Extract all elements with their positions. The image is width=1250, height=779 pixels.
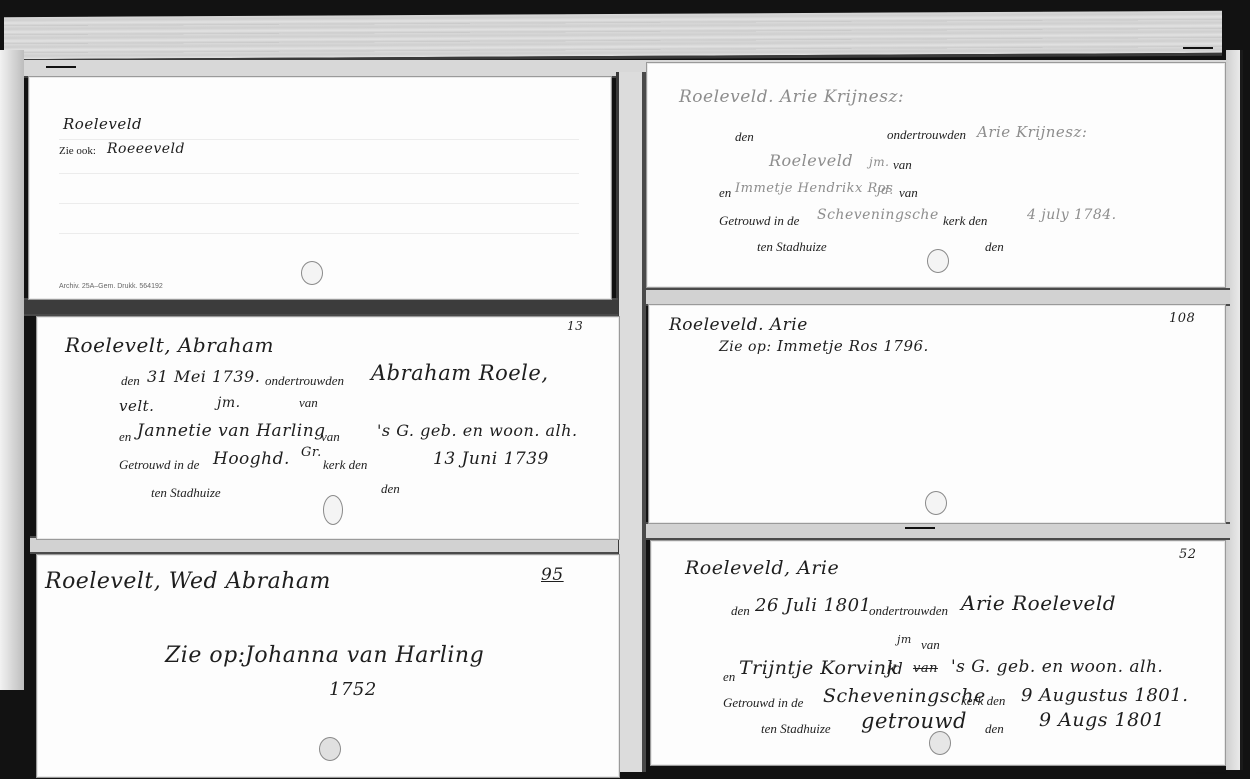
label-getrouwd: Getrouwd in de	[119, 457, 199, 473]
label-van: van	[299, 395, 318, 411]
groom-status: jm.	[217, 395, 241, 411]
see-also-value: Immetje Ros 1796.	[777, 337, 929, 355]
bride-status: jd	[887, 659, 903, 678]
label-stadhuis: ten Stadhuize	[151, 485, 221, 501]
church-name: Scheveningsche	[817, 207, 939, 223]
center-divider-post	[616, 72, 646, 772]
card-divider	[24, 298, 618, 316]
bride-name: Trijntje Korvink	[739, 657, 899, 679]
label-den: den	[731, 603, 750, 619]
married-date: 9 Augustus 1801.	[1021, 685, 1188, 706]
punch-hole	[927, 249, 949, 273]
label-den: den	[985, 721, 1004, 737]
church-name: Hooghd.	[213, 449, 290, 469]
rail-mark	[1196, 772, 1226, 774]
label-van: van	[893, 157, 912, 173]
label-van: van	[321, 429, 340, 445]
card-heading: Roeleveld	[63, 115, 142, 133]
card-heading: Roelevelt, Abraham	[65, 333, 274, 357]
label-den: den	[121, 373, 140, 389]
label-getrouwd: Getrouwd in de	[719, 213, 799, 229]
label-en: en	[723, 669, 735, 685]
see-also-value: Johanna van Harling	[245, 643, 484, 668]
index-card-bottom-right[interactable]: Roeleveld, Arie 52 den 26 Juli 1801 onde…	[650, 540, 1226, 766]
punch-hole	[925, 491, 947, 515]
punch-hole	[929, 731, 951, 755]
groom-status: jm	[897, 633, 912, 646]
label-stadhuis: ten Stadhuize	[757, 239, 827, 255]
see-also-label: Zie ook:	[59, 145, 96, 157]
betrothal-date: 26 Juli 1801	[755, 595, 871, 616]
punch-hole	[301, 261, 323, 285]
rail-mark	[1183, 47, 1213, 49]
card-number: 108	[1169, 311, 1195, 326]
stadhuis-note: getrouwd	[861, 709, 967, 733]
label-kerk-den: kerk den	[943, 213, 987, 229]
index-card-bottom-left[interactable]: Roelevelt, Wed Abraham 95 Zie op: Johann…	[36, 554, 620, 778]
card-number: 95	[541, 565, 564, 585]
index-card-top-left[interactable]: Roeleveld Zie ook: Roeeeveld Archiv. 25A…	[28, 76, 612, 300]
stadhuis-date: 9 Augs 1801	[1039, 709, 1165, 731]
index-card-middle-left[interactable]: Roelevelt, Abraham 13 den 31 Mei 1739. o…	[36, 316, 620, 540]
label-van: van	[921, 637, 940, 653]
groom-status: jm.	[869, 155, 889, 169]
left-post	[0, 50, 24, 690]
label-getrouwd: Getrouwd in de	[723, 695, 803, 711]
label-en: en	[119, 429, 131, 445]
card-footer-print: Archiv. 25A–Gem. Drukk. 564192	[59, 283, 163, 290]
label-den: den	[985, 239, 1004, 255]
card-number: 13	[567, 319, 583, 333]
groom-name: Abraham Roele,	[371, 361, 549, 385]
label-kerk-den: kerk den	[961, 693, 1005, 709]
struck-word: van	[913, 661, 938, 676]
drawer-front-wood	[4, 11, 1222, 62]
label-van: van	[899, 185, 918, 201]
punch-hole	[323, 495, 343, 525]
label-en: en	[719, 185, 731, 201]
groom-surname: Roeleveld	[769, 151, 853, 170]
label-ondertrouwden: ondertrouwden	[869, 603, 948, 619]
see-also-year: 1752	[329, 679, 377, 700]
groom-name: Arie Krijnesz:	[977, 123, 1087, 141]
card-divider	[646, 522, 1230, 540]
card-heading: Roeleveld, Arie	[685, 557, 839, 579]
card-heading: Roelevelt, Wed Abraham	[45, 569, 331, 594]
card-number: 52	[1179, 547, 1197, 562]
rail-mark	[46, 66, 76, 68]
bride-name: Immetje Hendrikx Ros	[735, 181, 893, 196]
label-kerk-den: kerk den	[323, 457, 367, 473]
groom-surname: velt.	[119, 397, 154, 415]
label-den: den	[735, 129, 754, 145]
index-card-top-right[interactable]: Roeleveld. Arie Krijnesz: den ondertrouw…	[646, 62, 1226, 288]
bride-origin: 's G. geb. en woon. alh.	[377, 421, 578, 440]
label-stadhuis: ten Stadhuize	[761, 721, 831, 737]
bride-status: jd.	[877, 183, 894, 197]
label-ondertrouwden: ondertrouwden	[887, 127, 966, 143]
card-heading: Roeleveld. Arie Krijnesz:	[679, 87, 904, 107]
index-card-middle-right[interactable]: Roeleveld. Arie 108 Zie op: Immetje Ros …	[648, 304, 1226, 524]
card-heading: Roeleveld. Arie	[669, 315, 808, 335]
married-date: 4 july 1784.	[1027, 207, 1117, 223]
right-post	[1226, 50, 1243, 770]
groom-name: Arie Roeleveld	[961, 591, 1116, 615]
bride-name: Jannetie van Harling	[137, 421, 326, 441]
see-also-label: Zie op:	[165, 643, 246, 668]
card-drawer: Roeleveld Zie ook: Roeeeveld Archiv. 25A…	[0, 0, 1250, 779]
church-suffix: Gr.	[301, 445, 322, 460]
see-also-label: Zie op:	[719, 339, 772, 355]
label-ondertrouwden: ondertrouwden	[265, 373, 344, 389]
punch-hole	[319, 737, 341, 761]
rail-mark	[905, 527, 935, 529]
betrothal-date: 31 Mei 1739.	[147, 367, 260, 386]
label-den: den	[381, 481, 400, 497]
see-also-value: Roeeeveld	[107, 141, 185, 157]
married-date: 13 Juni 1739	[433, 449, 549, 469]
bride-origin: 's G. geb. en woon. alh.	[951, 657, 1163, 677]
